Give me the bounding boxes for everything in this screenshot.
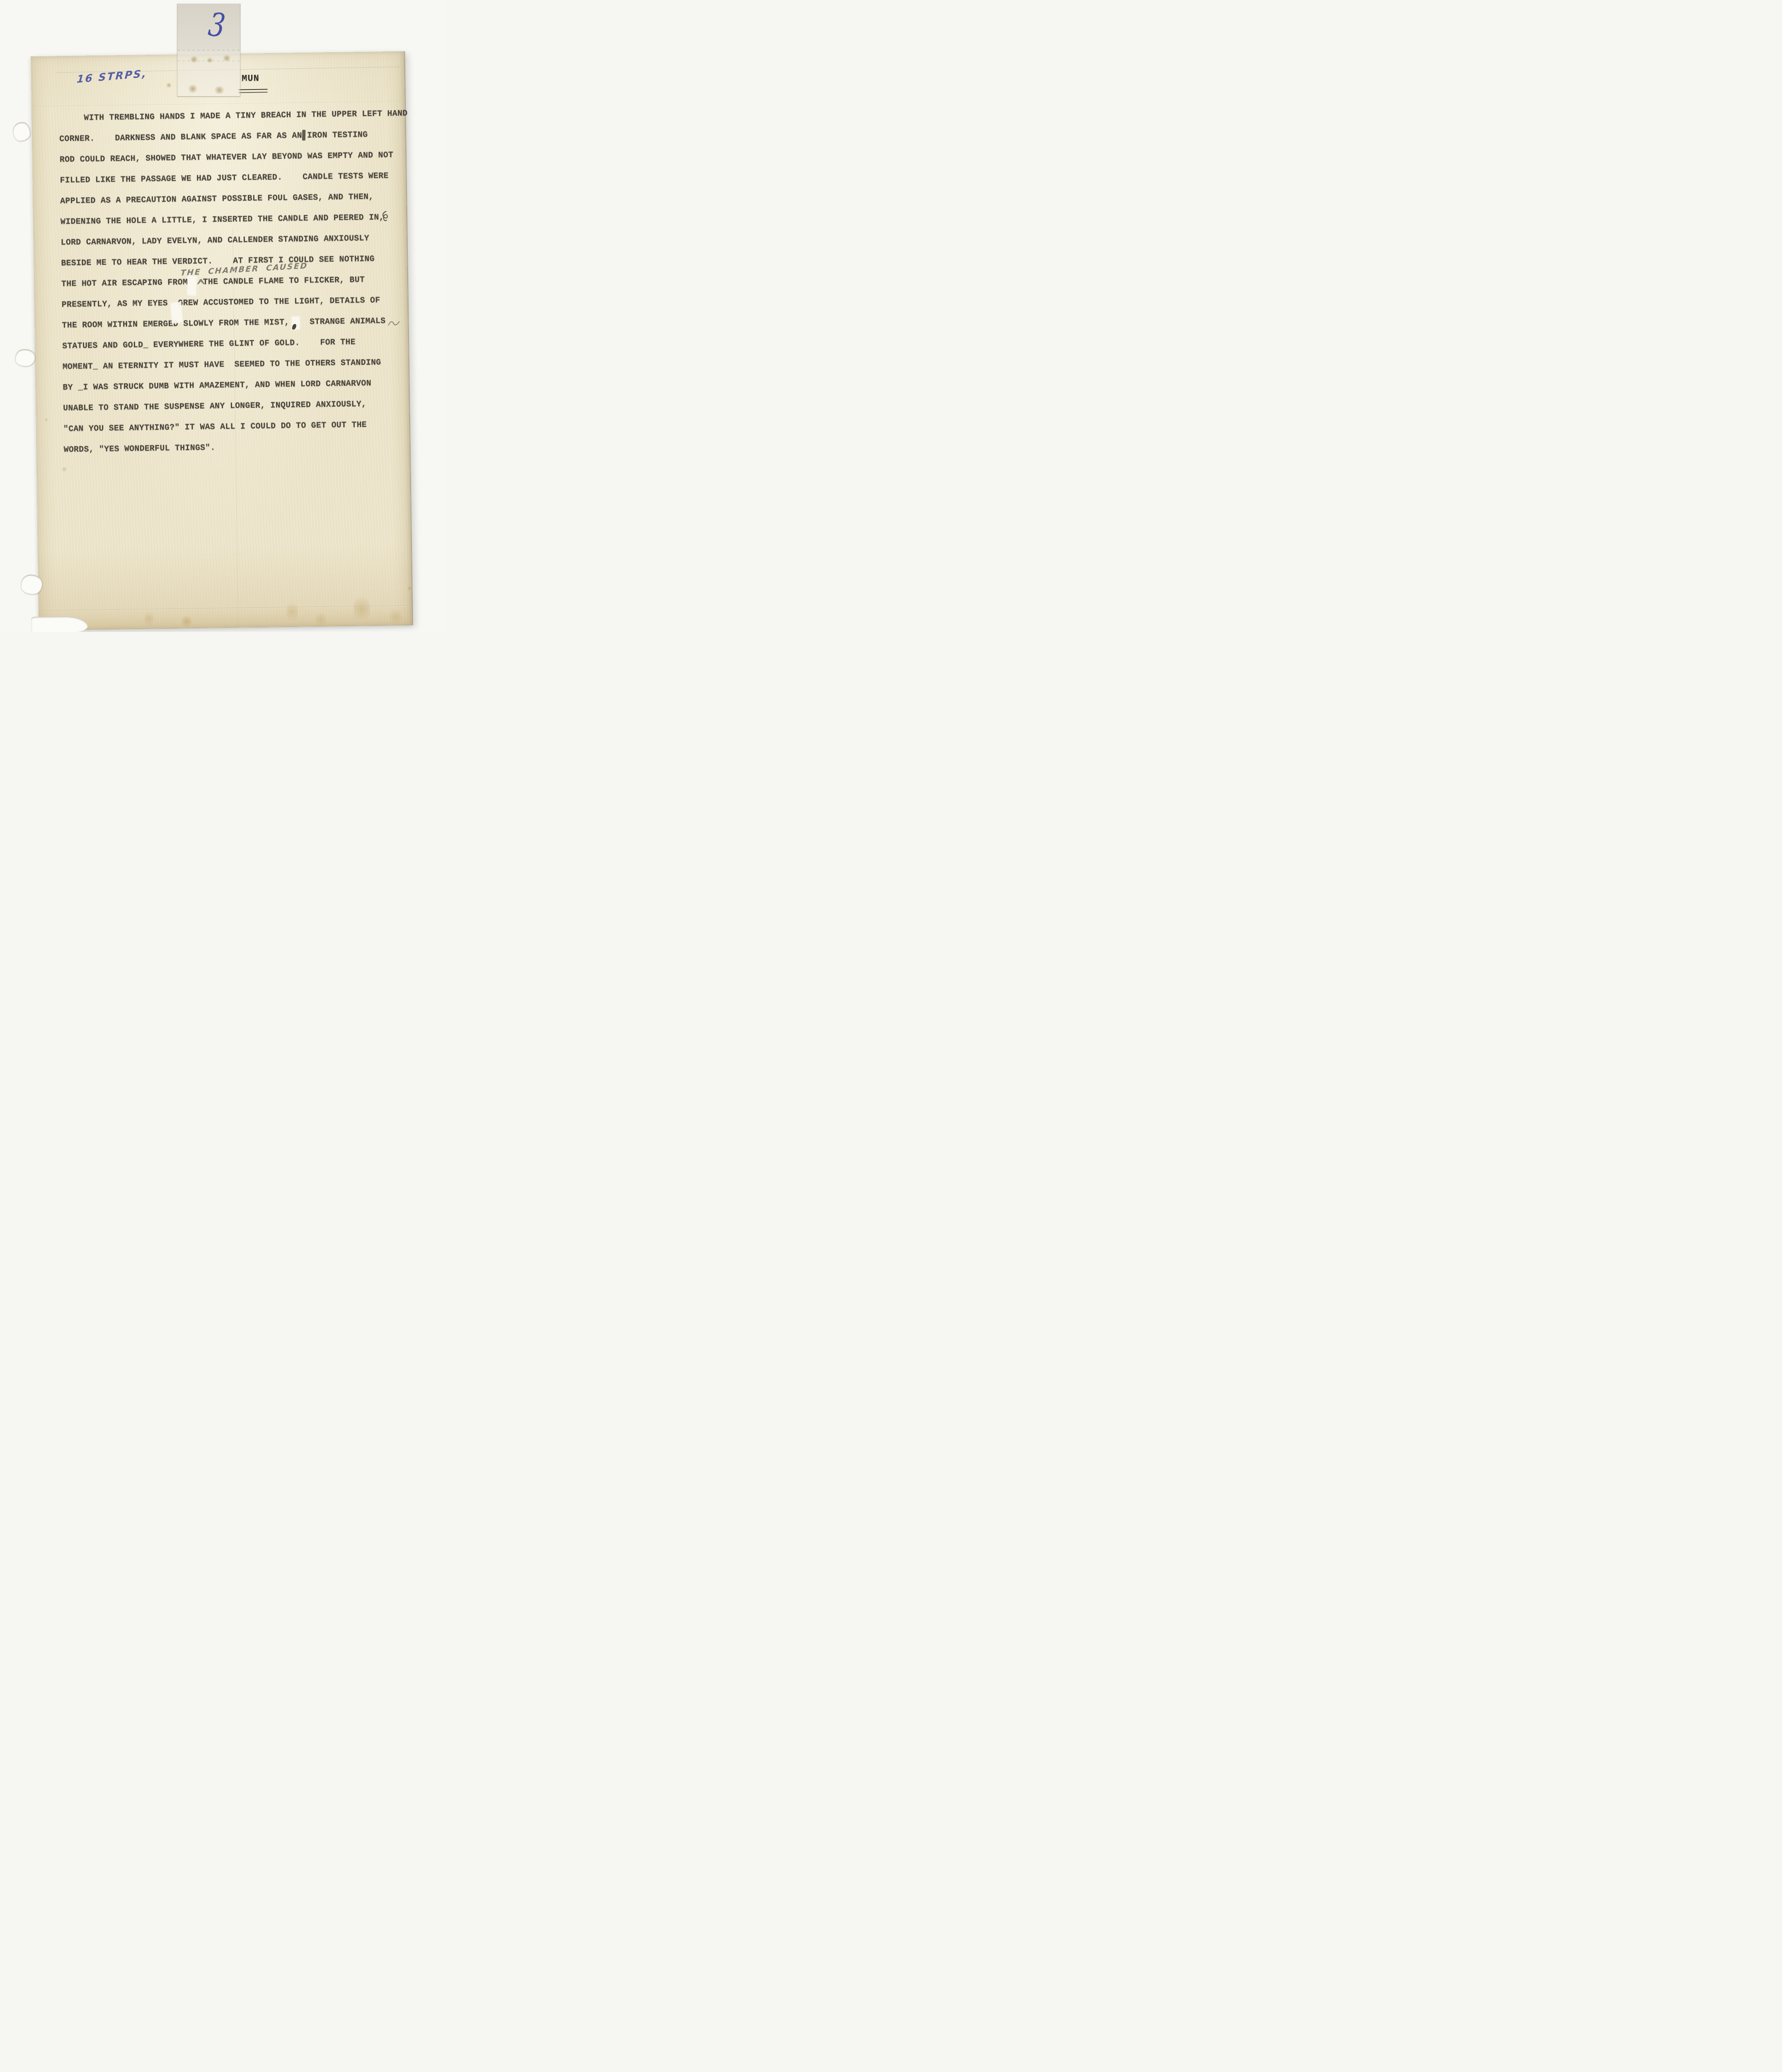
pencil-squiggle-mark <box>387 320 400 327</box>
title-underline <box>239 89 268 93</box>
ink-flourish-mark <box>380 211 390 221</box>
tape-stain <box>222 55 231 61</box>
torn-punch-hole <box>15 349 35 367</box>
tape-strip: 3 <box>177 3 240 97</box>
torn-punch-hole <box>13 122 31 141</box>
scanner-background: WITH TREMBLING HANDS I MADE A TINY BREAC… <box>0 0 445 632</box>
tape-stain <box>190 56 198 63</box>
page-number-handwritten: 3 <box>207 8 227 42</box>
bottom-stain-band <box>39 605 412 630</box>
tape-stain <box>187 85 198 93</box>
typed-line: WORDS, "YES WONDERFUL THINGS". <box>63 435 399 460</box>
typed-overstrike-mark <box>302 130 306 140</box>
torn-punch-hole <box>21 574 43 595</box>
handwritten-note: 16 STRPS, <box>76 67 148 85</box>
tape-crease <box>177 50 240 50</box>
stain <box>407 586 412 591</box>
title-fragment: MUN <box>242 73 259 84</box>
stain <box>44 418 48 422</box>
paper-page: WITH TREMBLING HANDS I MADE A TINY BREAC… <box>31 51 413 630</box>
whiteout-patch <box>170 302 183 324</box>
stain <box>166 82 171 89</box>
torn-corner <box>31 616 88 632</box>
typed-paragraph: WITH TREMBLING HANDS I MADE A TINY BREAC… <box>59 104 399 460</box>
tape-stain <box>206 57 213 63</box>
stain <box>61 466 67 472</box>
pencil-caret-mark: ^ <box>196 276 206 298</box>
tape-stain <box>213 86 225 94</box>
